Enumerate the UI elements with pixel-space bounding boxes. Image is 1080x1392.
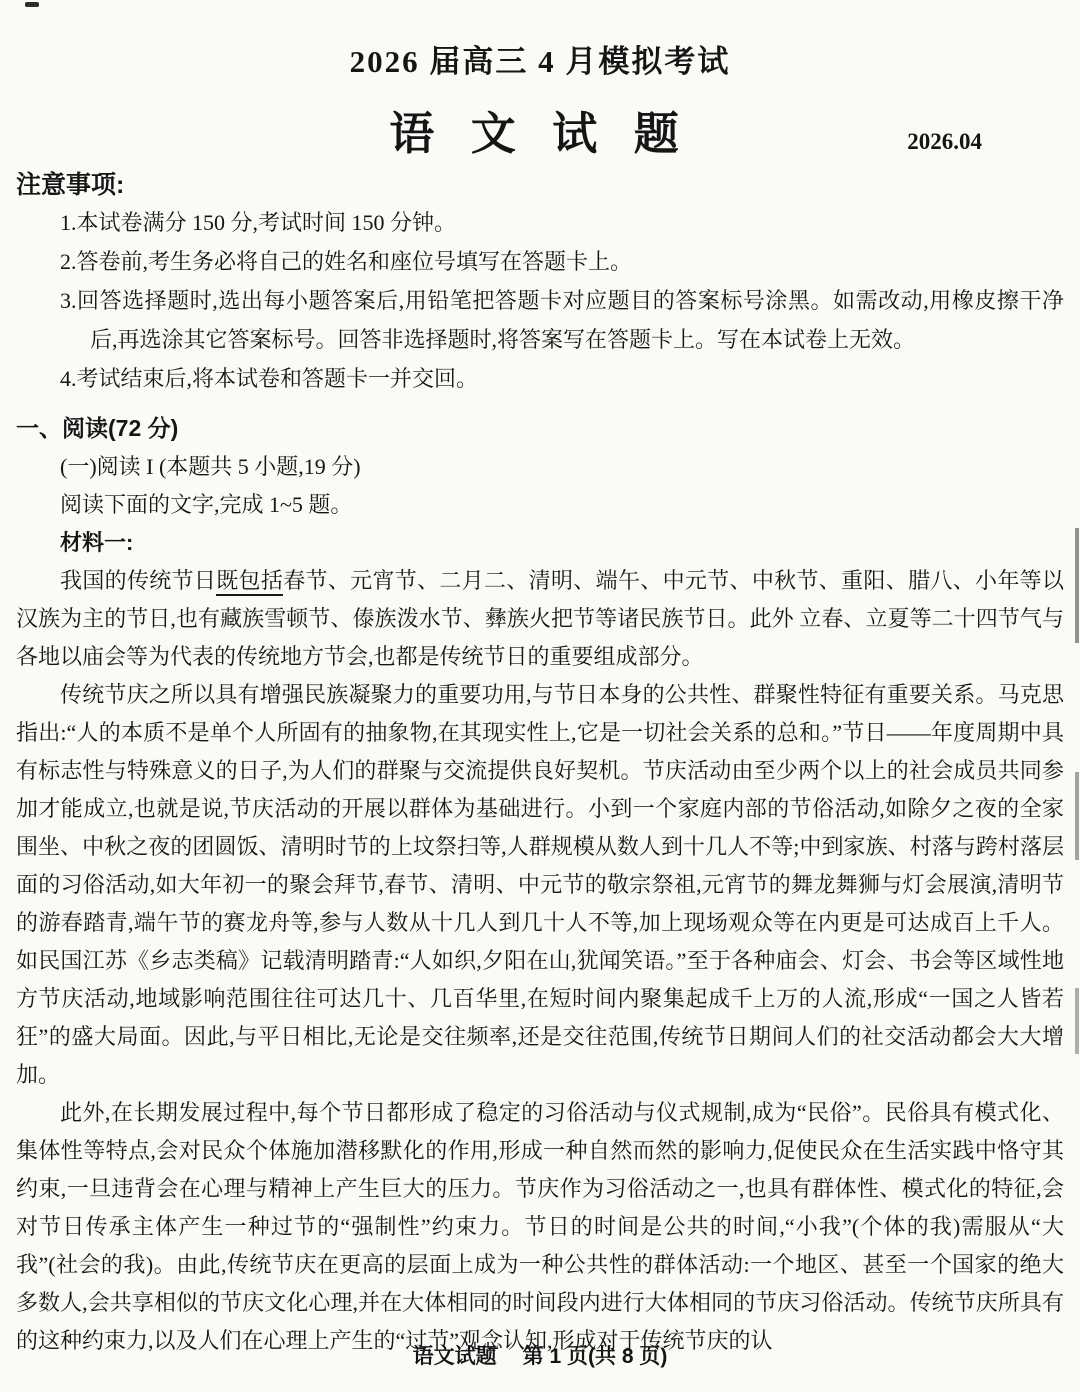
subject-title-row: 语 文 试 题 2026.04 (16, 97, 1064, 153)
subject-title: 语 文 试 题 (389, 97, 691, 162)
material-paragraph-2: 传统节庆之所以具有增强民族凝聚力的重要功用,与节日本身的公共性、群聚性特征有重要… (16, 676, 1064, 1094)
notice-item-1: 1.本试卷满分 150 分,考试时间 150 分钟。 (60, 203, 1064, 242)
notices-heading: 注意事项: (16, 165, 1064, 201)
footer-page-number: 第 1 页(共 8 页) (523, 1345, 668, 1368)
paragraph-1-underlined-phrase: 既包括 (216, 568, 283, 596)
notice-item-4: 4.考试结束后,将本试卷和答题卡一并交回。 (60, 359, 1064, 398)
reading-instruction: 阅读下面的文字,完成 1~5 题。 (16, 486, 1064, 524)
material-paragraph-3: 此外,在长期发展过程中,每个节日都形成了稳定的习俗活动与仪式规制,成为“民俗”。… (16, 1094, 1064, 1360)
material-one-label: 材料一: (16, 524, 1064, 562)
exam-paper-page: 2026 届高三 4 月模拟考试 语 文 试 题 2026.04 注意事项: 1… (0, 36, 1080, 1360)
exam-title: 2026 届高三 4 月模拟考试 (16, 36, 1064, 81)
page-footer: 语文试题第 1 页(共 8 页) (0, 1340, 1080, 1370)
footer-subject-label: 语文试题 (413, 1345, 497, 1368)
paragraph-1-pre: 我国的传统节日 (60, 568, 216, 593)
subsection-heading-reading-1: (一)阅读 I (本题共 5 小题,19 分) (16, 448, 1064, 486)
exam-date: 2026.04 (907, 129, 982, 155)
notice-item-2: 2.答卷前,考生务必将自己的姓名和座位号填写在答题卡上。 (60, 242, 1064, 281)
notices-list: 1.本试卷满分 150 分,考试时间 150 分钟。 2.答卷前,考生务必将自己… (16, 203, 1064, 398)
material-paragraph-1: 我国的传统节日既包括春节、元宵节、二月二、清明、端午、中元节、中秋节、重阳、腊八… (16, 562, 1064, 676)
section-heading-reading: 一、阅读(72 分) (16, 408, 1064, 448)
notice-item-3: 3.回答选择题时,选出每小题答案后,用铅笔把答题卡对应题目的答案标号涂黑。如需改… (60, 281, 1064, 359)
scan-artifact-corner (25, 2, 39, 7)
